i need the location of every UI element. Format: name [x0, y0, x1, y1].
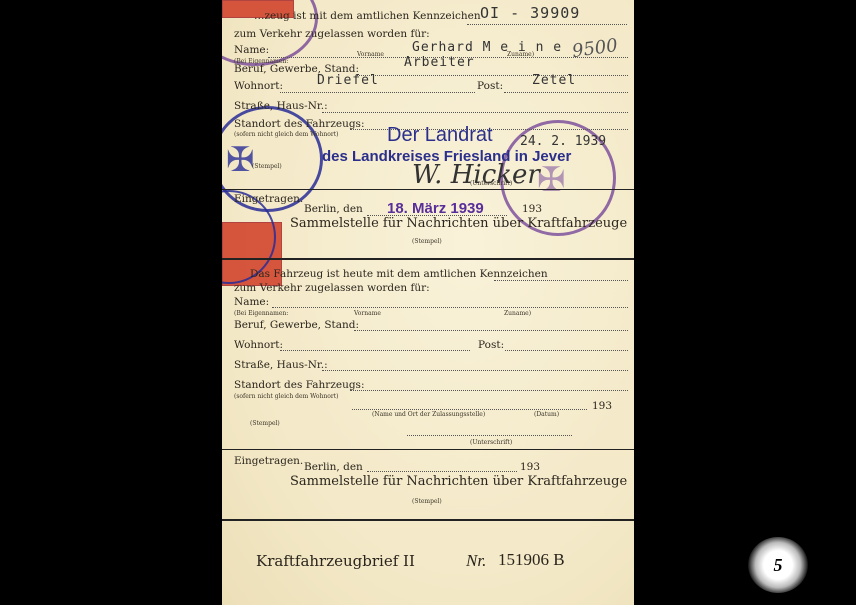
first-name-hint-blank: Vorname: [354, 310, 381, 317]
name-value: Gerhard M e i n e: [412, 40, 562, 55]
first-name-hint: Vorname: [357, 51, 384, 58]
location-label: Standort des Fahrzeugs:: [234, 118, 365, 130]
residence-label: Wohnort:: [234, 80, 283, 92]
berlin-label: Berlin, den: [304, 203, 363, 215]
authority-hint-blank: (Name und Ort der Zulassungsstelle): [372, 411, 485, 418]
location-hint-blank: (sofern nicht gleich dem Wohnort): [234, 393, 338, 400]
registered-label: Eingetragen.: [234, 193, 303, 205]
plate-value: OI - 39909: [480, 4, 580, 22]
eagle-emblem-icon: ✠: [537, 160, 566, 200]
name-field-blank: [272, 307, 628, 308]
stamp-hint: (Stempel): [252, 163, 282, 170]
street-field: [322, 112, 628, 113]
plate-field: [467, 24, 627, 25]
registration-date: 24. 2. 1939: [520, 134, 606, 149]
name-hint-blank: (Bei Eigennamen:: [234, 310, 288, 317]
berlin-date-field-blank: [367, 471, 517, 472]
year-prefix: 193: [522, 203, 542, 215]
intro-line-1: …zeug ist mit dem amtlichen Kennzeichen: [254, 10, 481, 22]
divider: [222, 189, 634, 190]
office-name: Sammelstelle für Nachrichten über Kraftf…: [290, 216, 627, 231]
page-number-badge: 5: [748, 537, 808, 593]
street-label-blank: Straße, Haus-Nr.:: [234, 359, 328, 371]
name-label-blank: Name:: [234, 296, 269, 308]
post-field: [504, 92, 628, 93]
last-name-hint: Zuname): [507, 51, 534, 58]
occupation-field-blank: [354, 330, 628, 331]
document-title: Kraftfahrzeugbrief II: [256, 552, 415, 570]
name-label: Name:: [234, 44, 269, 56]
signature-hint: (Unterschrift): [470, 180, 512, 187]
handwritten-note: 9500: [571, 35, 619, 62]
authority-field-blank: [352, 409, 587, 410]
eagle-emblem-icon: ✠: [226, 140, 255, 180]
stamp-hint-blank: (Stempel): [250, 420, 280, 427]
signature-hint-blank: (Unterschrift): [470, 439, 512, 446]
location-label-blank: Standort des Fahrzeugs:: [234, 379, 365, 391]
office-name-blank: Sammelstelle für Nachrichten über Kraftf…: [290, 474, 627, 489]
location-field-blank: [350, 390, 628, 391]
date-hint-blank: (Datum): [534, 411, 559, 418]
intro-line-2-blank: zum Verkehr zugelassen worden für:: [234, 282, 430, 294]
post-value: Zetel: [532, 73, 576, 88]
street-field-blank: [322, 370, 628, 371]
occupation-label-blank: Beruf, Gewerbe, Stand:: [234, 319, 359, 331]
location-hint: (sofern nicht gleich dem Wohnort): [234, 131, 338, 138]
post-field-blank: [505, 350, 628, 351]
intro-line-2: zum Verkehr zugelassen worden für:: [234, 28, 430, 40]
section-divider: [222, 258, 634, 260]
post-label: Post:: [477, 80, 503, 92]
berlin-date-value: 18. März 1939: [387, 200, 484, 217]
signature-field-blank: [407, 435, 572, 436]
residence-value: Driefel: [317, 73, 379, 88]
last-name-hint-blank: Zuname): [504, 310, 531, 317]
residence-field-blank: [280, 350, 470, 351]
residence-label-blank: Wohnort:: [234, 339, 283, 351]
plate-field-blank: [494, 280, 628, 281]
office-stamp-hint: (Stempel): [412, 238, 442, 245]
number-prefix: Nr.: [466, 551, 486, 571]
office-stamp-hint-blank: (Stempel): [412, 498, 442, 505]
residence-field: [280, 92, 475, 93]
authority-line-1: Der Landrat: [387, 124, 493, 147]
berlin-label-blank: Berlin, den: [304, 461, 363, 473]
street-label: Straße, Haus-Nr.:: [234, 100, 328, 112]
year-prefix-berlin-blank: 193: [520, 461, 540, 473]
registered-label-blank: Eingetragen.: [234, 455, 303, 467]
page-number: 5: [774, 555, 783, 576]
occupation-field: [357, 75, 628, 76]
document-number: 151906 B: [498, 550, 565, 570]
occupation-value: Arbeiter: [404, 55, 475, 70]
intro-line-1-blank: Das Fahrzeug ist heute mit dem amtlichen…: [250, 268, 548, 280]
year-prefix-blank: 193: [592, 400, 612, 412]
post-label-blank: Post:: [478, 339, 504, 351]
divider-blank: [222, 449, 634, 450]
footer-divider: [222, 519, 634, 521]
document-page: ✠ ✠ …zeug ist mit dem amtlichen Kennzeic…: [222, 0, 634, 605]
